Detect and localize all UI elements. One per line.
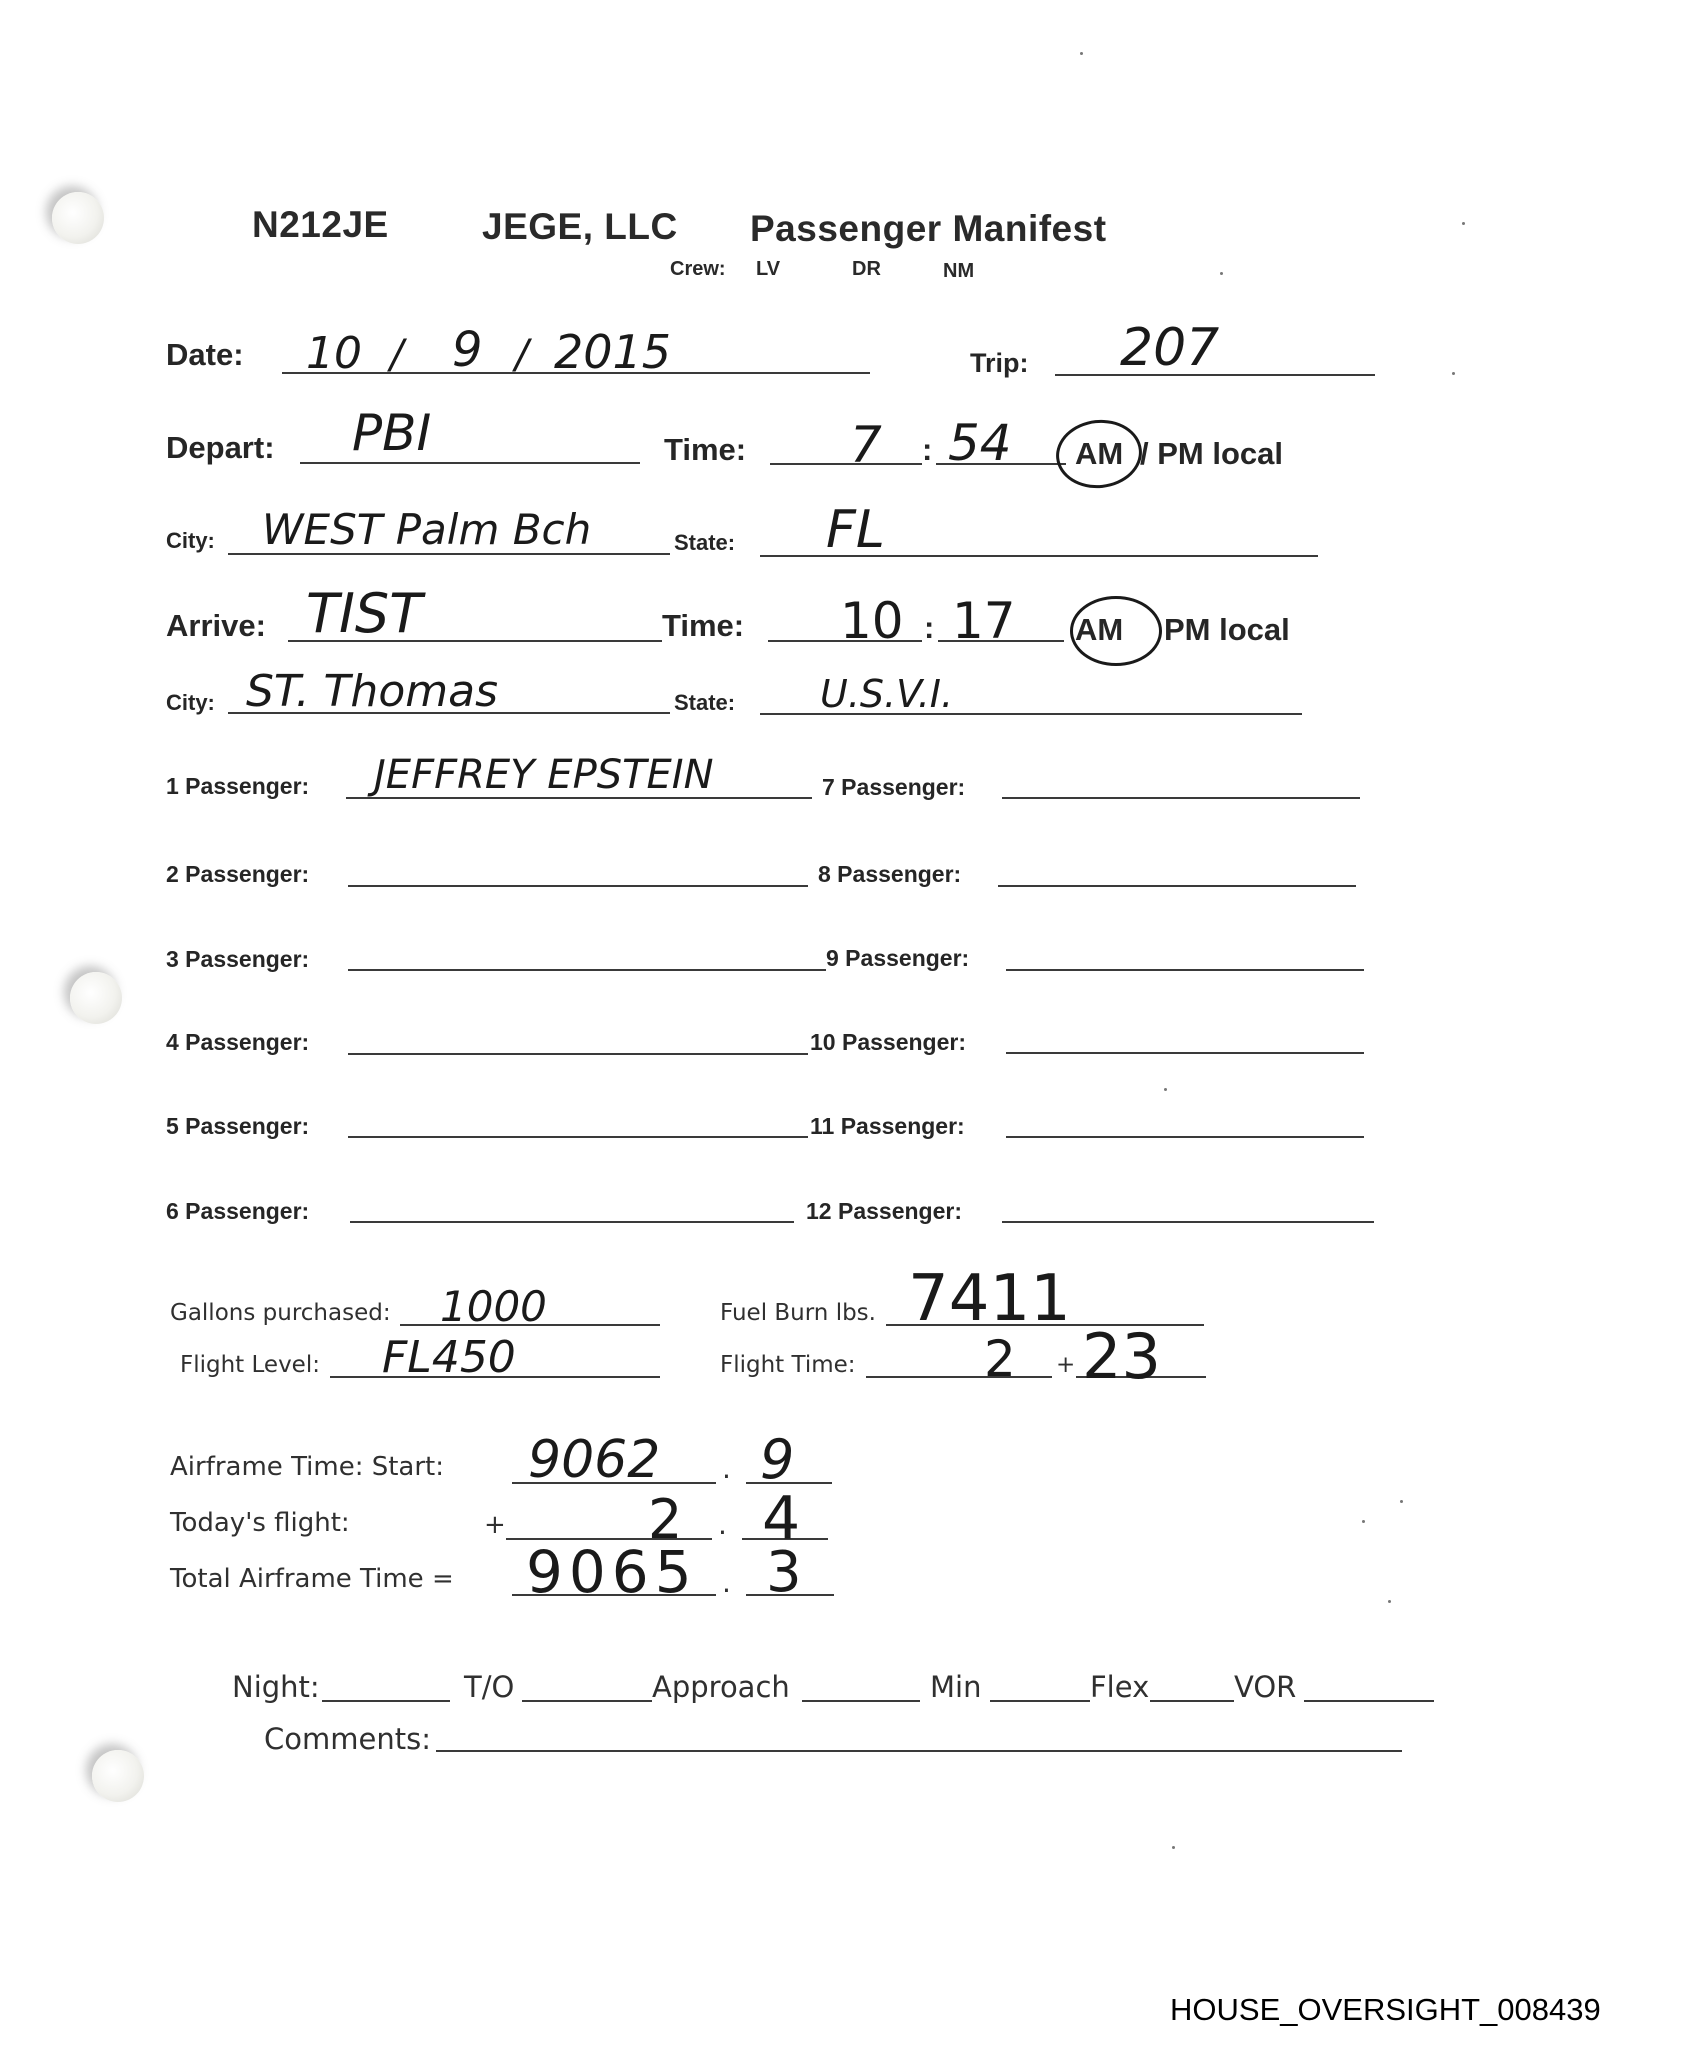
depart-value: PBI (352, 404, 431, 462)
fuel-burn-label: Fuel Burn lbs. (720, 1300, 876, 1326)
passenger-4-label: 4 Passenger: (166, 1029, 309, 1056)
page-title: Passenger Manifest (750, 208, 1107, 250)
arrive-city-value: ST. Thomas (246, 666, 498, 717)
min-field[interactable] (990, 1700, 1090, 1702)
crew-label: Crew: (670, 258, 726, 281)
passenger-8-field[interactable] (998, 885, 1356, 887)
vor-label: VOR (1234, 1670, 1296, 1704)
arrive-minute-value: 17 (952, 592, 1016, 650)
depart-hour-line[interactable] (770, 463, 922, 465)
flight-level-label: Flight Level: (180, 1352, 320, 1378)
hole-punch-bottom (92, 1750, 144, 1802)
passenger-3-label: 3 Passenger: (166, 946, 309, 973)
hole-punch-top (52, 192, 104, 244)
passenger-9-field[interactable] (1006, 969, 1364, 971)
todays-flight-plus: + (484, 1510, 506, 1540)
passenger-7-label: 7 Passenger: (822, 774, 965, 801)
total-airframe-tenths-value: 3 (766, 1540, 802, 1605)
trip-label: Trip: (970, 348, 1029, 379)
airframe-start-decimal: . (722, 1452, 731, 1485)
takeoff-field[interactable] (522, 1700, 652, 1702)
passenger-5-field[interactable] (348, 1136, 808, 1138)
depart-time-label: Time: (664, 432, 746, 468)
min-label: Min (930, 1670, 981, 1704)
takeoff-label: T/O (464, 1670, 514, 1704)
scan-speck (1220, 272, 1223, 275)
scan-speck (1452, 372, 1455, 375)
date-month-value: 10 (306, 328, 362, 379)
depart-hour-value: 7 (850, 416, 882, 474)
trip-value: 207 (1120, 318, 1219, 378)
depart-label: Depart: (166, 430, 275, 466)
flight-time-label: Flight Time: (720, 1352, 856, 1378)
arrive-state-value: U.S.V.I. (820, 672, 953, 716)
bates-number: HOUSE_OVERSIGHT_008439 (1170, 1992, 1601, 2028)
tail-number: N212JE (252, 204, 389, 246)
scan-speck (1362, 1520, 1365, 1523)
flight-level-value: FL450 (382, 1332, 516, 1383)
flight-time-hours-value: 2 (984, 1330, 1016, 1388)
flight-time-minutes-value: 23 (1082, 1320, 1161, 1393)
date-separator-2: / (515, 332, 528, 378)
flight-time-hours-field[interactable] (866, 1376, 1052, 1378)
passenger-1-value: JEFFREY EPSTEIN (374, 752, 714, 798)
passenger-3-field[interactable] (348, 969, 826, 971)
arrive-state-label: State: (674, 690, 735, 716)
passenger-2-field[interactable] (348, 885, 808, 887)
arrive-value: TIST (306, 582, 422, 645)
passenger-10-field[interactable] (1006, 1052, 1364, 1054)
night-field[interactable] (322, 1700, 450, 1702)
arrive-city-label: City: (166, 690, 215, 716)
passenger-12-label: 12 Passenger: (806, 1198, 962, 1225)
scan-speck (1172, 1846, 1175, 1849)
fuel-burn-value: 7411 (908, 1262, 1071, 1336)
scan-speck (1164, 1088, 1167, 1091)
flex-label: Flex (1090, 1670, 1149, 1704)
gallons-label: Gallons purchased: (170, 1300, 391, 1326)
date-day-value: 9 (452, 322, 483, 378)
airframe-start-tenths-value: 9 (760, 1428, 794, 1491)
comments-label: Comments: (264, 1722, 431, 1756)
total-airframe-whole-value: 9065 (526, 1538, 698, 1606)
passenger-12-field[interactable] (1002, 1221, 1374, 1223)
passenger-11-label: 11 Passenger: (810, 1113, 965, 1140)
passenger-7-field[interactable] (1002, 797, 1360, 799)
depart-city-label: City: (166, 528, 215, 554)
crew-member-2: DR (852, 258, 881, 281)
depart-am-circle (1053, 416, 1146, 493)
arrive-hour-value: 10 (840, 592, 904, 650)
flight-time-separator: + (1056, 1352, 1075, 1378)
arrive-pm-option[interactable]: PM local (1164, 612, 1290, 648)
date-separator-1: / (390, 332, 403, 378)
depart-minute-value: 54 (948, 414, 1012, 472)
date-year-value: 2015 (554, 325, 671, 379)
passenger-2-label: 2 Passenger: (166, 861, 309, 888)
arrive-time-label: Time: (662, 608, 744, 644)
approach-field[interactable] (802, 1700, 920, 1702)
scan-speck (1388, 1600, 1391, 1603)
todays-flight-decimal: . (718, 1508, 727, 1541)
airframe-start-label: Airframe Time: Start: (170, 1452, 444, 1482)
company-name: JEGE, LLC (482, 206, 678, 248)
passenger-1-label: 1 Passenger: (166, 773, 309, 800)
total-airframe-label: Total Airframe Time = (170, 1564, 454, 1594)
date-label: Date: (166, 337, 244, 373)
passenger-11-field[interactable] (1006, 1136, 1364, 1138)
arrive-time-colon: : (924, 610, 934, 646)
passenger-10-label: 10 Passenger: (810, 1029, 966, 1056)
airframe-start-whole-value: 9062 (528, 1430, 660, 1490)
crew-member-1: LV (756, 258, 780, 281)
scan-speck (1462, 222, 1465, 225)
approach-label: Approach (652, 1670, 790, 1704)
flex-field[interactable] (1150, 1700, 1234, 1702)
scan-speck (1080, 52, 1083, 55)
total-airframe-decimal: . (722, 1566, 731, 1599)
depart-state-value: FL (826, 500, 885, 560)
depart-time-colon: : (922, 432, 932, 468)
passenger-6-label: 6 Passenger: (166, 1198, 309, 1225)
passenger-9-label: 9 Passenger: (826, 945, 969, 972)
passenger-8-label: 8 Passenger: (818, 861, 961, 888)
crew-member-3: NM (943, 260, 974, 283)
arrive-label: Arrive: (166, 608, 266, 644)
arrive-am-circle (1070, 596, 1162, 666)
comments-field[interactable] (436, 1750, 1402, 1752)
todays-flight-label: Today's flight: (170, 1508, 350, 1538)
depart-field-line[interactable] (300, 462, 640, 464)
scan-speck (1400, 1500, 1403, 1503)
night-label: Night: (232, 1670, 320, 1704)
passenger-4-field[interactable] (348, 1053, 808, 1055)
hole-punch-middle (70, 972, 122, 1024)
depart-city-value: WEST Palm Bch (262, 505, 591, 554)
passenger-6-field[interactable] (350, 1221, 794, 1223)
gallons-value: 1000 (440, 1282, 547, 1331)
depart-pm-option[interactable]: / PM local (1140, 436, 1283, 472)
passenger-5-label: 5 Passenger: (166, 1113, 309, 1140)
vor-field[interactable] (1304, 1700, 1434, 1702)
depart-state-label: State: (674, 530, 735, 556)
